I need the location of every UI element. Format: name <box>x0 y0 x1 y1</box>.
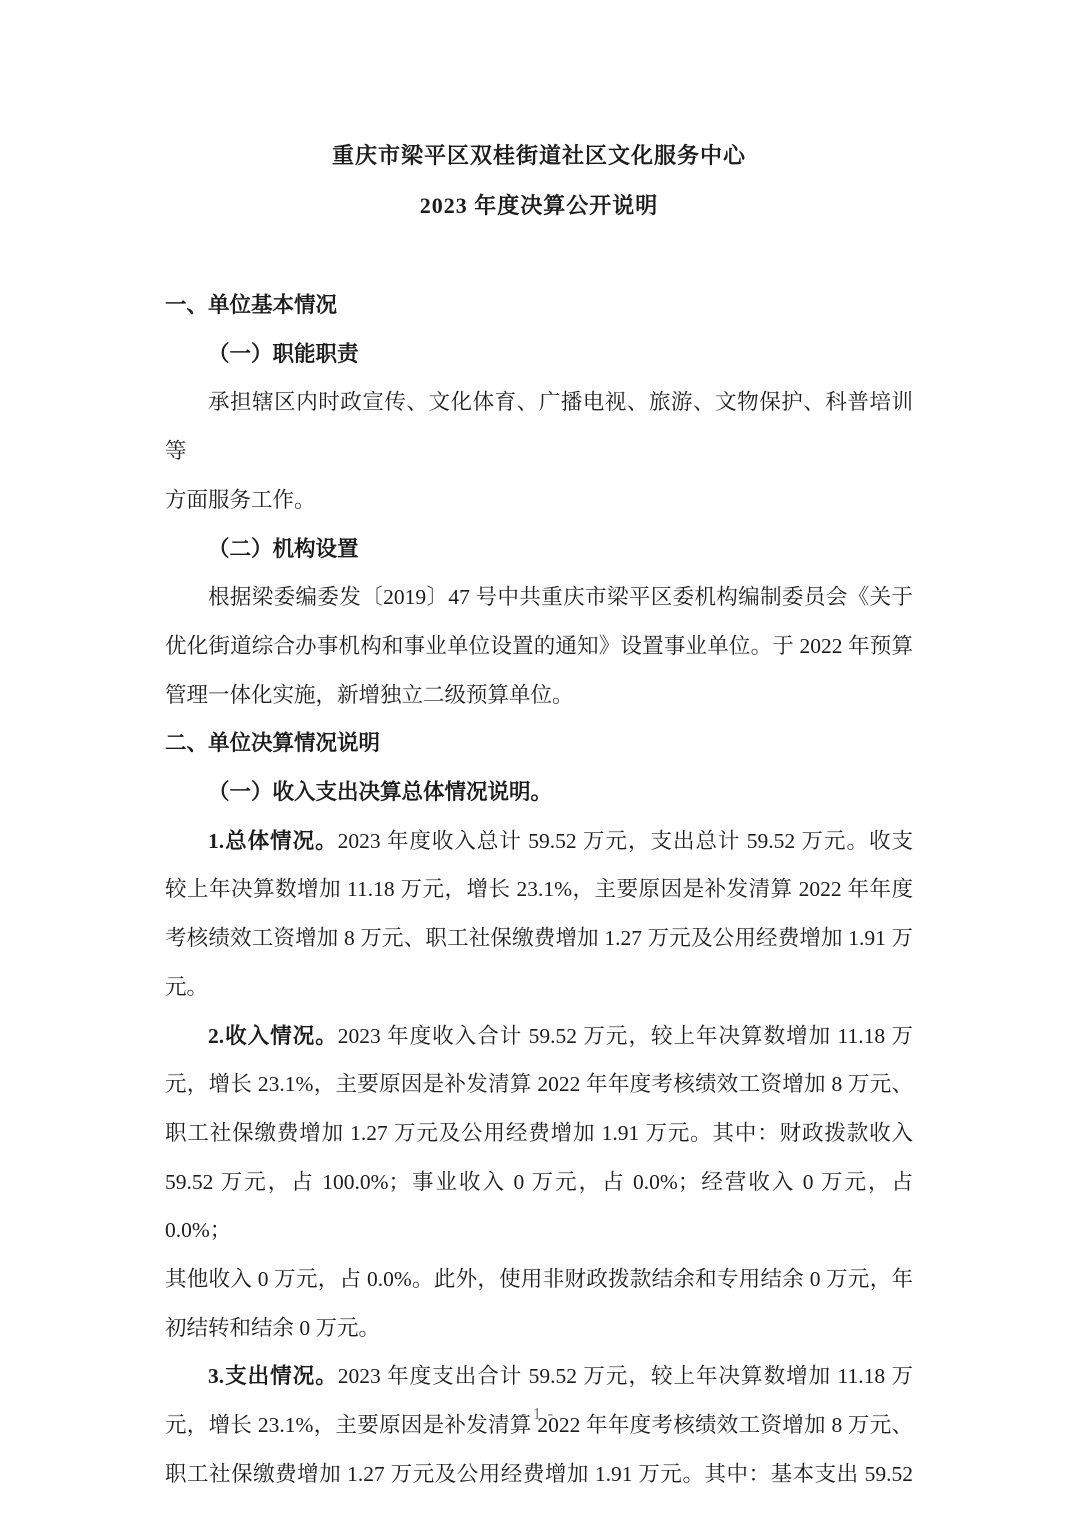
paragraph-line: 元，增长 23.1%，主要原因是补发清算 2022 年年度考核绩效工资增加 8 … <box>165 1060 913 1109</box>
paragraph-line: 承担辖区内时政宣传、文化体育、广播电视、旅游、文物保护、科普培训等 <box>165 378 913 475</box>
document-title: 重庆市梁平区双桂街道社区文化服务中心 <box>165 131 913 181</box>
paragraph-line: 优化街道综合办事机构和事业单位设置的通知》设置事业单位。于 2022 年预算 <box>165 622 913 671</box>
subsection-heading: （一）职能职责 <box>165 330 913 379</box>
document-header: 重庆市梁平区双桂街道社区文化服务中心 2023 年度决算公开说明 <box>165 131 913 231</box>
document-body: 一、单位基本情况（一）职能职责承担辖区内时政宣传、文化体育、广播电视、旅游、文物… <box>165 281 913 1499</box>
paragraph-line: 元。 <box>165 963 913 1012</box>
subsection-heading: （二）机构设置 <box>165 525 913 574</box>
paragraph-lead: 3.支出情况。 <box>208 1364 338 1388</box>
paragraph-line: 管理一体化实施，新增独立二级预算单位。 <box>165 671 913 720</box>
paragraph-line: 考核绩效工资增加 8 万元、职工社保缴费增加 1.27 万元及公用经费增加 1.… <box>165 914 913 963</box>
paragraph-lead: 2.收入情况。 <box>208 1024 338 1048</box>
paragraph-line: 其他收入 0 万元，占 0.0%。此外，使用非财政拨款结余和专用结余 0 万元，… <box>165 1255 913 1304</box>
document-subtitle: 2023 年度决算公开说明 <box>165 181 913 231</box>
paragraph-line: 方面服务工作。 <box>165 476 913 525</box>
section-heading-2: 二、单位决算情况说明 <box>165 719 913 768</box>
paragraph-line: 59.52 万元，占 100.0%；事业收入 0 万元，占 0.0%；经营收入 … <box>165 1158 913 1255</box>
paragraph-line: 职工社保缴费增加 1.27 万元及公用经费增加 1.91 万元。其中：基本支出 … <box>165 1450 913 1499</box>
subsection-heading: （一）收入支出决算总体情况说明。 <box>165 768 913 817</box>
document-page: 重庆市梁平区双桂街道社区文化服务中心 2023 年度决算公开说明 一、单位基本情… <box>0 0 1075 1520</box>
paragraph-line: 1.总体情况。2023 年度收入总计 59.52 万元，支出总计 59.52 万… <box>165 817 913 866</box>
paragraph-line: 较上年决算数增加 11.18 万元，增长 23.1%，主要原因是补发清算 202… <box>165 865 913 914</box>
paragraph-lead: 1.总体情况。 <box>208 829 338 853</box>
paragraph-line: 初结转和结余 0 万元。 <box>165 1304 913 1353</box>
paragraph-line: 2.收入情况。2023 年度收入合计 59.52 万元，较上年决算数增加 11.… <box>165 1012 913 1061</box>
section-heading-1: 一、单位基本情况 <box>165 281 913 330</box>
paragraph-line: 职工社保缴费增加 1.27 万元及公用经费增加 1.91 万元。其中：财政拨款收… <box>165 1109 913 1158</box>
page-number: - 1 - <box>0 1402 1075 1426</box>
paragraph-line: 根据梁委编委发〔2019〕47 号中共重庆市梁平区委机构编制委员会《关于 <box>165 573 913 622</box>
paragraph-line: 3.支出情况。2023 年度支出合计 59.52 万元，较上年决算数增加 11.… <box>165 1352 913 1401</box>
